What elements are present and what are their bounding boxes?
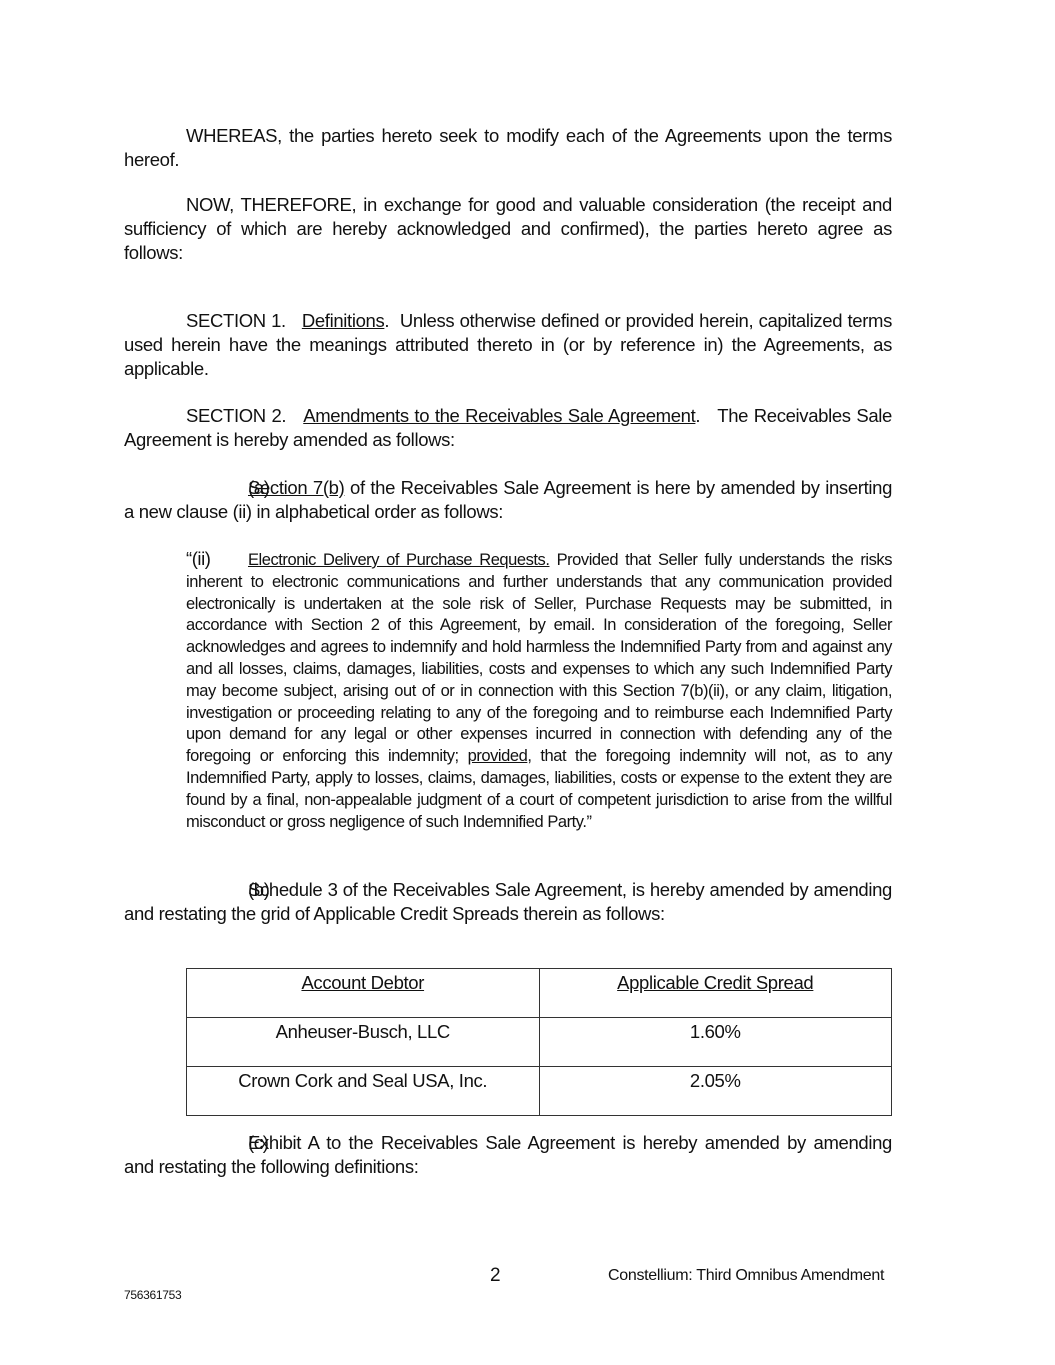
section-2-paragraph: SECTION 2. Amendments to the Receivables… bbox=[124, 404, 892, 452]
section-2-heading: Amendments to the Receivables Sale Agree… bbox=[303, 405, 695, 426]
page-number: 2 bbox=[490, 1265, 501, 1287]
clause-a-reference: Section 7(b) bbox=[248, 477, 344, 498]
document-page: WHEREAS, the parties hereto seek to modi… bbox=[0, 0, 1055, 1365]
whereas-paragraph: WHEREAS, the parties hereto seek to modi… bbox=[124, 124, 892, 172]
table-row: Anheuser-Busch, LLC 1.60% bbox=[187, 1018, 892, 1067]
table-header-account-debtor: Account Debtor bbox=[187, 969, 540, 1018]
table-header-credit-spread: Applicable Credit Spread bbox=[539, 969, 892, 1018]
quoted-clause-provided: provided bbox=[468, 747, 528, 765]
section-2-number: SECTION 2. bbox=[186, 405, 286, 426]
now-therefore-paragraph: NOW, THEREFORE, in exchange for good and… bbox=[124, 193, 892, 265]
section-1-heading: Definitions bbox=[302, 310, 385, 331]
footer-document-id: 756361753 bbox=[124, 1288, 181, 1302]
clause-a-label: (a) bbox=[186, 476, 248, 500]
section-1-paragraph: SECTION 1. Definitions. Unless otherwise… bbox=[124, 309, 892, 381]
clause-c-label: (c) bbox=[186, 1131, 248, 1155]
footer-document-title: Constellium: Third Omnibus Amendment bbox=[608, 1267, 884, 1285]
table-cell-account-debtor: Crown Cork and Seal USA, Inc. bbox=[187, 1067, 540, 1116]
table-cell-credit-spread: 2.05% bbox=[539, 1067, 892, 1116]
section-1-heading-suffix: . bbox=[384, 310, 389, 331]
quoted-clause-label: “(ii) bbox=[186, 548, 248, 570]
table-cell-credit-spread: 1.60% bbox=[539, 1018, 892, 1067]
clause-b-paragraph: (b)Schedule 3 of the Receivables Sale Ag… bbox=[124, 878, 892, 926]
quoted-clause-ii: “(ii)Electronic Delivery of Purchase Req… bbox=[186, 548, 892, 833]
table-header-row: Account Debtor Applicable Credit Spread bbox=[187, 969, 892, 1018]
quoted-clause-heading: Electronic Delivery of Purchase Requests… bbox=[248, 551, 549, 569]
clause-b-label: (b) bbox=[186, 878, 248, 902]
clause-c-paragraph: (c)Exhibit A to the Receivables Sale Agr… bbox=[124, 1131, 892, 1179]
clause-a-paragraph: (a)Section 7(b) of the Receivables Sale … bbox=[124, 476, 892, 524]
section-1-number: SECTION 1. bbox=[186, 310, 286, 331]
table-cell-account-debtor: Anheuser-Busch, LLC bbox=[187, 1018, 540, 1067]
section-2-heading-suffix: . bbox=[695, 405, 700, 426]
credit-spread-table: Account Debtor Applicable Credit Spread … bbox=[186, 968, 892, 1116]
quoted-clause-text-1: Provided that Seller fully understands t… bbox=[186, 551, 892, 765]
table-row: Crown Cork and Seal USA, Inc. 2.05% bbox=[187, 1067, 892, 1116]
